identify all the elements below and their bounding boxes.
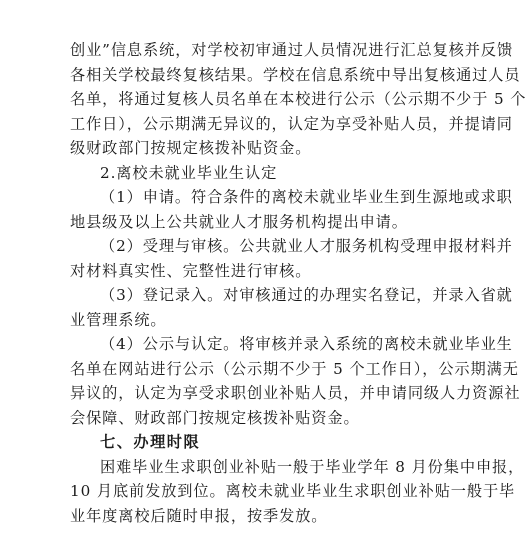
text-line: 业年度离校后随时申报，按季发放。 xyxy=(70,504,460,529)
paragraph-step-3: （3）登记录入。对审核通过的办理实名登记，并录入省就 业管理系统。 xyxy=(70,283,460,332)
text-line: 10 月底前发放到位。离校未就业毕业生求职创业补贴一般于毕 xyxy=(70,479,460,504)
text-line: 异议的，认定为享受求职创业补贴人员，并申请同级人力资源社 xyxy=(70,381,460,406)
subheading: 2.离校未就业毕业生认定 xyxy=(70,161,460,186)
text-line: （1）申请。符合条件的离校未就业毕业生到生源地或求职 xyxy=(70,185,460,210)
text-line: 工作日），公示期满无异议的，认定为享受补贴人员，并提请同 xyxy=(70,112,460,137)
text-line: 各相关学校最终复核结果。学校在信息系统中导出复核通过人员 xyxy=(70,63,460,88)
text-line: 对材料真实性、完整性进行审核。 xyxy=(70,259,460,284)
text-line: 地县级及以上公共就业人才服务机构提出申请。 xyxy=(70,210,460,235)
paragraph-step-2: （2）受理与审核。公共就业人才服务机构受理申报材料并 对材料真实性、完整性进行审… xyxy=(70,234,460,283)
paragraph-continuation: 创业”信息系统，对学校初审通过人员情况进行汇总复核并反馈 各相关学校最终复核结果… xyxy=(70,38,460,161)
paragraph-step-4: （4）公示与认定。将审核并录入系统的离校未就业毕业生 名单在网站进行公示（公示期… xyxy=(70,332,460,430)
text-line: 创业”信息系统，对学校初审通过人员情况进行汇总复核并反馈 xyxy=(70,38,460,63)
subheading-graduate-recognition: 2.离校未就业毕业生认定 xyxy=(70,161,460,186)
text-line: 业管理系统。 xyxy=(70,308,460,333)
paragraph-step-1: （1）申请。符合条件的离校未就业毕业生到生源地或求职 地县级及以上公共就业人才服… xyxy=(70,185,460,234)
text-line: 级财政部门按规定核拨补贴资金。 xyxy=(70,136,460,161)
text-line: （4）公示与认定。将审核并录入系统的离校未就业毕业生 xyxy=(70,332,460,357)
paragraph-timing: 困难毕业生求职创业补贴一般于毕业学年 8 月份集中申报， 10 月底前发放到位。… xyxy=(70,455,460,529)
text-line: 困难毕业生求职创业补贴一般于毕业学年 8 月份集中申报， xyxy=(70,455,460,480)
document-page: 创业”信息系统，对学校初审通过人员情况进行汇总复核并反馈 各相关学校最终复核结果… xyxy=(70,38,460,528)
text-line: 名单在网站进行公示（公示期不少于 5 个工作日），公示期满无 xyxy=(70,357,460,382)
text-line: （2）受理与审核。公共就业人才服务机构受理申报材料并 xyxy=(70,234,460,259)
section-heading-processing-time: 七、办理时限 xyxy=(70,430,460,455)
text-line: 名单，将通过复核人员名单在本校进行公示（公示期不少于 5 个 xyxy=(70,87,460,112)
text-line: （3）登记录入。对审核通过的办理实名登记，并录入省就 xyxy=(70,283,460,308)
section-heading: 七、办理时限 xyxy=(70,430,460,455)
text-line: 会保障、财政部门按规定核拨补贴资金。 xyxy=(70,406,460,431)
